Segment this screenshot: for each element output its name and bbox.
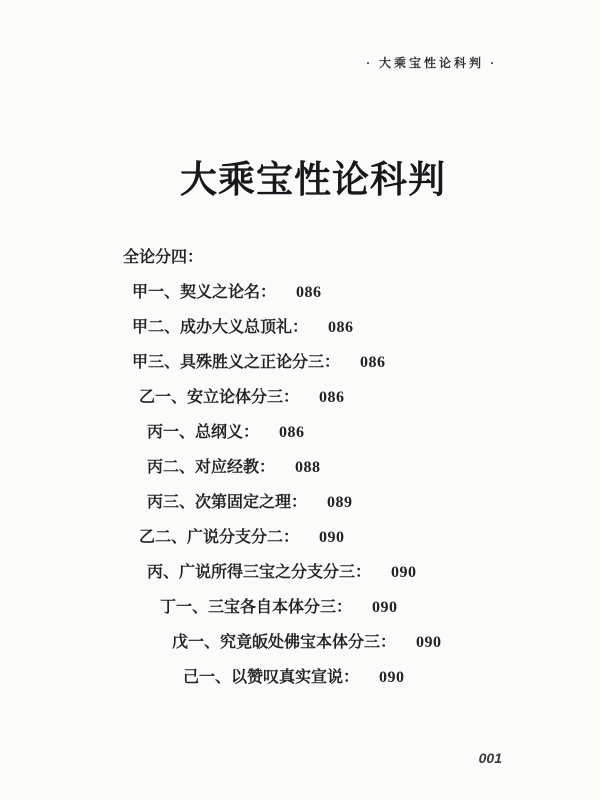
toc-item-label: 甲二、成办大义总顶礼： xyxy=(132,319,308,336)
toc-item-label: 甲三、具殊胜义之正论分三： xyxy=(132,354,340,371)
toc-item-label: 丙三、次第固定之理： xyxy=(147,494,307,511)
toc-item: 丁一、三宝各自本体分三：090 xyxy=(123,590,580,625)
toc-item-page: 089 xyxy=(327,494,353,511)
toc-item-label: 戊一、究竟皈处佛宝本体分三： xyxy=(172,634,396,651)
toc-item-page: 090 xyxy=(372,599,398,616)
toc-item-page: 086 xyxy=(328,319,354,336)
running-header: · 大乘宝性论科判 · xyxy=(0,54,497,71)
toc-item-page: 090 xyxy=(416,634,442,651)
page-number: 001 xyxy=(0,750,502,766)
toc-item-label: 己一、以赞叹真实宣说： xyxy=(183,669,359,686)
toc-item: 甲一、契义之论名：086 xyxy=(123,275,580,310)
toc-item: 乙二、广说分支分二：090 xyxy=(123,520,580,555)
toc-item-page: 090 xyxy=(391,564,417,581)
toc-item-label: 丙、广说所得三宝之分支分三： xyxy=(147,564,371,581)
toc-item: 丙一、总纲义：086 xyxy=(123,415,580,450)
book-page: · 大乘宝性论科判 · 大乘宝性论科判 全论分四： 甲一、契义之论名：086 甲… xyxy=(0,0,600,800)
toc-item: 丙二、对应经教：088 xyxy=(123,450,580,485)
toc-item: 乙一、安立论体分三：086 xyxy=(123,380,580,415)
toc-item-label: 丁一、三宝各自本体分三： xyxy=(160,599,352,616)
toc-item-label: 丙二、对应经教： xyxy=(147,459,275,476)
toc-item-page: 086 xyxy=(296,284,322,301)
toc-item-label: 乙二、广说分支分二： xyxy=(139,529,299,546)
running-header-text: · 大乘宝性论科判 · xyxy=(366,56,497,70)
toc-item-label: 丙一、总纲义： xyxy=(147,424,259,441)
toc-outline: 全论分四： 甲一、契义之论名：086 甲二、成办大义总顶礼：086 甲三、具殊胜… xyxy=(123,240,580,695)
toc-item-page: 090 xyxy=(319,529,345,546)
toc-item: 甲二、成办大义总顶礼：086 xyxy=(123,310,580,345)
toc-item-label: 甲一、契义之论名： xyxy=(132,284,276,301)
toc-item-label: 全论分四： xyxy=(123,249,203,266)
toc-item: 丙、广说所得三宝之分支分三：090 xyxy=(123,555,580,590)
toc-item-page: 086 xyxy=(360,354,386,371)
toc-item: 甲三、具殊胜义之正论分三：086 xyxy=(123,345,580,380)
page-title: 大乘宝性论科判 xyxy=(118,158,508,204)
toc-intro-line: 全论分四： xyxy=(123,240,580,275)
toc-item-page: 088 xyxy=(295,459,321,476)
toc-item-label: 乙一、安立论体分三： xyxy=(139,389,299,406)
toc-item: 己一、以赞叹真实宣说：090 xyxy=(123,660,580,695)
toc-item-page: 090 xyxy=(379,669,405,686)
toc-item-page: 086 xyxy=(279,424,305,441)
toc-item-page: 086 xyxy=(319,389,345,406)
toc-item: 丙三、次第固定之理：089 xyxy=(123,485,580,520)
toc-item: 戊一、究竟皈处佛宝本体分三：090 xyxy=(123,625,580,660)
